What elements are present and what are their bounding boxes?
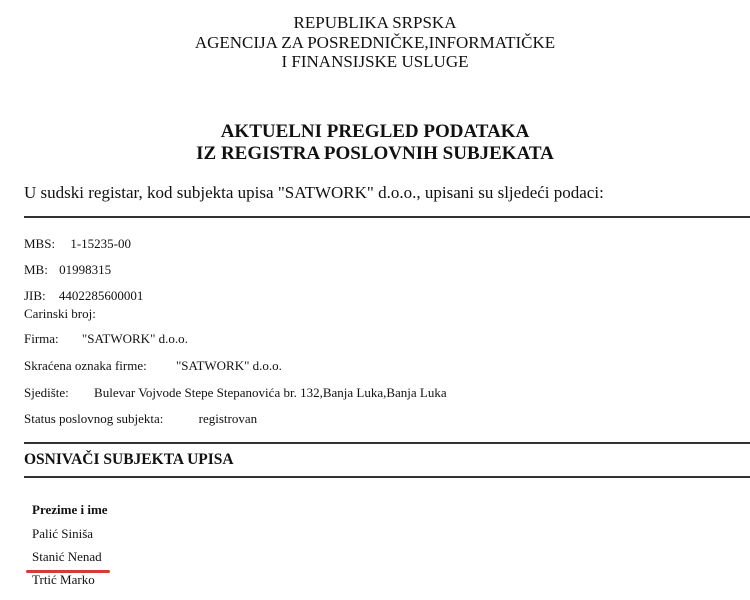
field-jib: JIB: 4402285600001 bbox=[24, 288, 143, 304]
field-mbs-value: 1-15235-00 bbox=[70, 236, 131, 252]
field-skracena-value: "SATWORK" d.o.o. bbox=[176, 358, 282, 374]
field-carinski: Carinski broj: bbox=[24, 306, 99, 322]
field-carinski-label: Carinski broj: bbox=[24, 306, 96, 321]
founder-item-highlighted: Stanić Nenad bbox=[32, 549, 102, 565]
field-jib-value: 4402285600001 bbox=[59, 288, 144, 304]
founders-section-title: OSNIVAČI SUBJEKTA UPISA bbox=[24, 451, 234, 469]
intro-text: U sudski registar, kod subjekta upisa "S… bbox=[24, 183, 604, 203]
title-line-1: AKTUELNI PREGLED PODATAKA bbox=[0, 121, 750, 143]
header-line-agency: AGENCIJA ZA POSREDNIČKE,INFORMATIČKE bbox=[0, 33, 750, 52]
field-mb-value: 01998315 bbox=[59, 262, 111, 278]
field-sjediste-value: Bulevar Vojvode Stepe Stepanovića br. 13… bbox=[94, 385, 447, 401]
divider-top bbox=[24, 216, 750, 218]
field-status-label: Status poslovnog subjekta: bbox=[24, 411, 163, 426]
field-sjediste-label: Sjedište: bbox=[24, 385, 69, 400]
header-line-services: I FINANSIJSKE USLUGE bbox=[0, 52, 750, 71]
founders-column-header: Prezime i ime bbox=[32, 502, 108, 518]
divider-section-bottom bbox=[24, 476, 750, 478]
divider-section-top bbox=[24, 442, 750, 444]
founder-item: Palić Siniša bbox=[32, 526, 93, 542]
field-mb-label: MB: bbox=[24, 262, 48, 277]
header-line-republic: REPUBLIKA SRPSKA bbox=[0, 13, 750, 32]
field-mb: MB: 01998315 bbox=[24, 262, 111, 278]
field-status: Status poslovnog subjekta: registrovan bbox=[24, 411, 257, 427]
field-skracena-label: Skraćena oznaka firme: bbox=[24, 358, 147, 373]
founder-item: Trtić Marko bbox=[32, 572, 95, 588]
field-mbs-label: MBS: bbox=[24, 236, 55, 251]
field-firma: Firma: "SATWORK" d.o.o. bbox=[24, 331, 188, 347]
field-firma-value: "SATWORK" d.o.o. bbox=[82, 331, 188, 347]
field-sjediste: Sjedište: Bulevar Vojvode Stepe Stepanov… bbox=[24, 385, 447, 401]
field-jib-label: JIB: bbox=[24, 288, 46, 303]
field-skracena: Skraćena oznaka firme: "SATWORK" d.o.o. bbox=[24, 358, 282, 374]
field-firma-label: Firma: bbox=[24, 331, 59, 346]
field-status-value: registrovan bbox=[199, 411, 257, 427]
title-line-2: IZ REGISTRA POSLOVNIH SUBJEKATA bbox=[0, 143, 750, 165]
field-mbs: MBS: 1-15235-00 bbox=[24, 236, 131, 252]
